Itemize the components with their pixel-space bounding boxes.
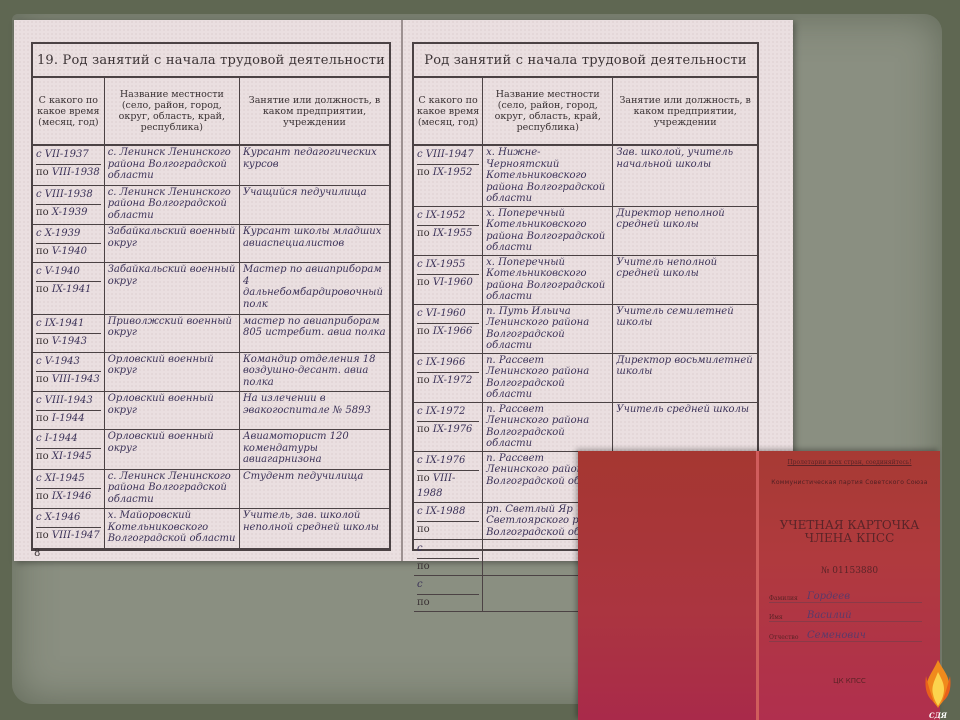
period-cell: c IX-1966 по IX-1972 <box>414 353 483 402</box>
place-cell: Приволжский военный округ <box>104 314 239 352</box>
period-to-wrap: по V-1940 <box>36 246 87 257</box>
period-to-wrap: по <box>417 561 430 572</box>
job-cell: Учитель неполной средней школы <box>613 255 757 304</box>
period-cell: c V-1940 по IX-1941 <box>33 263 104 315</box>
period-to-wrap: по IX-1946 <box>36 491 91 502</box>
period-from: c IX-1972 <box>417 404 479 422</box>
period-to: VIII-1938 <box>52 167 100 178</box>
period-to: IX-1941 <box>52 284 92 295</box>
period-from: c IX-1988 <box>417 504 479 522</box>
period-to-wrap: по IX-1952 <box>417 167 472 178</box>
period-from: c <box>417 577 479 595</box>
place-cell: х. Поперечный Котельниковского района Во… <box>483 206 613 255</box>
job-cell: Курсант школы младших авиаспециалистов <box>239 225 389 263</box>
party-membership-card: Пролетарии всех стран, соединяйтесь! Ком… <box>578 451 940 720</box>
period-to-wrap: по V-1943 <box>36 336 87 347</box>
place-cell: п. Рассвет Ленинского района Волгоградск… <box>483 402 613 451</box>
card-title: УЧЕТНАЯ КАРТОЧКА ЧЛЕНА КПСС <box>759 519 940 545</box>
period-from: c I-1944 <box>36 431 101 449</box>
table-row: c V-1943 по VIII-1943 Орловский военный … <box>33 352 389 392</box>
place-cell: Орловский военный округ <box>104 352 239 392</box>
period-from: c IX-1966 <box>417 355 479 373</box>
period-to-label: по <box>36 491 52 502</box>
place-cell: х. Нижне-Черноятский Котельниковского ра… <box>483 145 613 206</box>
left-page: 19. Род занятий с начала трудовой деятел… <box>14 20 403 561</box>
period-to-wrap: по VIII-1988 <box>417 473 455 499</box>
period-to-label: по <box>36 167 52 178</box>
employment-table-left: 19. Род занятий с начала трудовой деятел… <box>31 42 391 551</box>
period-to: IX-1966 <box>433 326 473 337</box>
job-cell: Авиамоторист 120 комендатуры авиагарнизо… <box>239 430 389 470</box>
table-title: Род занятий с начала трудовой деятельнос… <box>414 44 757 77</box>
period-to: VI-1960 <box>433 277 473 288</box>
column-header-place: Название местности (село, район, город, … <box>104 77 239 145</box>
period-to-label: по <box>417 167 433 178</box>
period-to-label: по <box>417 561 430 572</box>
period-to-wrap: по VIII-1947 <box>36 530 100 541</box>
period-cell: c VIII-1938 по X-1939 <box>33 185 104 225</box>
table-row: c VII-1937 по VIII-1938 с. Ленинск Ленин… <box>33 145 389 185</box>
card-field-patronymic: Отчество Семенович <box>769 627 922 642</box>
field-label: Отчество <box>769 634 807 641</box>
job-cell: Зав. школой, учитель начальной школы <box>613 145 757 206</box>
period-cell: c VI-1960 по IX-1966 <box>414 304 483 353</box>
period-to: V-1940 <box>52 246 87 257</box>
period-to-label: по <box>36 530 52 541</box>
period-cell: c по <box>414 540 483 576</box>
place-cell: с. Ленинск Ленинского района Волгоградск… <box>104 469 239 509</box>
table-row: c X-1946 по VIII-1947 х. Майоровский Кот… <box>33 509 389 549</box>
period-to-label: по <box>36 284 52 295</box>
period-to: X-1939 <box>52 207 88 218</box>
period-cell: c VIII-1947 по IX-1952 <box>414 145 483 206</box>
period-from: c X-1939 <box>36 226 101 244</box>
table-row: c IX-1955 по VI-1960 х. Поперечный Котел… <box>414 255 757 304</box>
period-cell: c X-1946 по VIII-1947 <box>33 509 104 549</box>
column-header-job: Занятие или должность, в каком предприят… <box>239 77 389 145</box>
place-cell: п. Рассвет Ленинского района Волгоградск… <box>483 353 613 402</box>
period-to: VIII-1947 <box>52 530 100 541</box>
period-to-wrap: по VIII-1938 <box>36 167 100 178</box>
flame-logo: СДЯ <box>918 658 958 720</box>
period-from: c IX-1955 <box>417 257 479 275</box>
job-cell: Курсант педагогических курсов <box>239 145 389 185</box>
column-header-place: Название местности (село, район, город, … <box>483 77 613 145</box>
place-cell: с. Ленинск Ленинского района Волгоградск… <box>104 145 239 185</box>
period-to-wrap: по I-1944 <box>36 413 85 424</box>
place-cell: х. Поперечный Котельниковского района Во… <box>483 255 613 304</box>
period-cell: c по <box>414 576 483 612</box>
period-to-label: по <box>417 277 433 288</box>
period-to-label: по <box>417 228 433 239</box>
page-number: 8 <box>34 548 40 559</box>
table-row: c IX-1952 по IX-1955 х. Поперечный Котел… <box>414 206 757 255</box>
period-to-wrap: по XI-1945 <box>36 451 92 462</box>
period-to: V-1943 <box>52 336 87 347</box>
period-from: c V-1943 <box>36 354 101 372</box>
field-label: Фамилия <box>769 595 807 602</box>
field-value: Семенович <box>807 630 866 641</box>
place-cell: Орловский военный округ <box>104 430 239 470</box>
job-cell: Учащийся педучилища <box>239 185 389 225</box>
period-to-wrap: по IX-1941 <box>36 284 91 295</box>
card-party-name: Коммунистическая партия Советского Союза <box>759 479 940 486</box>
period-to-wrap: по <box>417 597 430 608</box>
period-from: c XI-1945 <box>36 471 101 489</box>
job-cell: Мастер по авиаприборам 4 дальнебомбардир… <box>239 263 389 315</box>
table-row: c X-1939 по V-1940 Забайкальский военный… <box>33 225 389 263</box>
period-to-wrap: по VI-1960 <box>417 277 473 288</box>
period-to: IX-1952 <box>433 167 473 178</box>
period-to-wrap: по IX-1972 <box>417 375 472 386</box>
period-to-label: по <box>36 413 52 424</box>
period-to-wrap: по IX-1976 <box>417 424 472 435</box>
job-cell: Директор восьмилетней школы <box>613 353 757 402</box>
table-row: c VIII-1938 по X-1939 с. Ленинск Ленинск… <box>33 185 389 225</box>
period-to-wrap: по IX-1966 <box>417 326 472 337</box>
field-value: Гордеев <box>807 591 850 602</box>
job-cell: Директор неполной средней школы <box>613 206 757 255</box>
job-cell: Учитель, зав. школой неполной средней шк… <box>239 509 389 549</box>
period-to-wrap: по IX-1955 <box>417 228 472 239</box>
period-from: c X-1946 <box>36 510 101 528</box>
period-cell: c IX-1955 по VI-1960 <box>414 255 483 304</box>
period-cell: c V-1943 по VIII-1943 <box>33 352 104 392</box>
field-value: Василий <box>807 610 852 621</box>
period-from: c IX-1941 <box>36 316 101 334</box>
period-to-label: по <box>36 246 52 257</box>
table-row: c IX-1941 по V-1943 Приволжский военный … <box>33 314 389 352</box>
period-to-label: по <box>36 374 52 385</box>
period-cell: c VII-1937 по VIII-1938 <box>33 145 104 185</box>
place-cell: х. Майоровский Котельниковского Волгогра… <box>104 509 239 549</box>
period-from: c VII-1937 <box>36 147 101 165</box>
table-row: c I-1944 по XI-1945 Орловский военный ок… <box>33 430 389 470</box>
job-cell: На излечении в эвакогоспитале № 5893 <box>239 392 389 430</box>
column-header-period: С какого по какое время (месяц, год) <box>414 77 483 145</box>
table-row: c IX-1972 по IX-1976 п. Рассвет Ленинско… <box>414 402 757 451</box>
period-to-label: по <box>417 326 433 337</box>
period-from: c VIII-1938 <box>36 187 101 205</box>
table-row: c V-1940 по IX-1941 Забайкальский военны… <box>33 263 389 315</box>
place-cell: Орловский военный округ <box>104 392 239 430</box>
period-cell: c X-1939 по V-1940 <box>33 225 104 263</box>
job-cell: Командир отделения 18 воздушно-десант. а… <box>239 352 389 392</box>
period-to-label: по <box>36 336 52 347</box>
period-to-label: по <box>417 597 430 608</box>
period-from: c V-1940 <box>36 264 101 282</box>
table-row: c VIII-1943 по I-1944 Орловский военный … <box>33 392 389 430</box>
period-from: c IX-1976 <box>417 453 479 471</box>
period-cell: c IX-1976 по VIII-1988 <box>414 451 483 502</box>
period-to: VIII-1943 <box>52 374 100 385</box>
period-to: IX-1976 <box>433 424 473 435</box>
period-cell: c VIII-1943 по I-1944 <box>33 392 104 430</box>
period-to-wrap: по VIII-1943 <box>36 374 100 385</box>
job-cell: мастер по авиаприборам 805 истребит. ави… <box>239 314 389 352</box>
job-cell: Учитель средней школы <box>613 402 757 451</box>
period-cell: c I-1944 по XI-1945 <box>33 430 104 470</box>
period-cell: c XI-1945 по IX-1946 <box>33 469 104 509</box>
table-row: c IX-1966 по IX-1972 п. Рассвет Ленинско… <box>414 353 757 402</box>
period-cell: c IX-1941 по V-1943 <box>33 314 104 352</box>
card-slogan: Пролетарии всех стран, соединяйтесь! <box>759 459 940 466</box>
card-field-name: Имя Василий <box>769 607 922 622</box>
table-title: 19. Род занятий с начала трудовой деятел… <box>33 44 389 77</box>
period-cell: c IX-1988 по <box>414 502 483 540</box>
card-number: № 01153880 <box>759 566 940 576</box>
period-to-label: по <box>417 473 433 484</box>
table-row: c VI-1960 по IX-1966 п. Путь Ильича Лени… <box>414 304 757 353</box>
job-cell: Учитель семилетней школы <box>613 304 757 353</box>
period-to-wrap: по X-1939 <box>36 207 87 218</box>
period-from: c VIII-1947 <box>417 147 479 165</box>
period-to-label: по <box>417 524 430 535</box>
card-title-line2: ЧЛЕНА КПСС <box>759 532 940 545</box>
logo-text: СДЯ <box>918 711 958 720</box>
period-to-label: по <box>36 207 52 218</box>
period-from: c VI-1960 <box>417 306 479 324</box>
column-header-job: Занятие или должность, в каком предприят… <box>613 77 757 145</box>
period-to: XI-1945 <box>52 451 92 462</box>
period-to-label: по <box>36 451 52 462</box>
period-to-label: по <box>417 424 433 435</box>
place-cell: Забайкальский военный округ <box>104 225 239 263</box>
column-header-period: С какого по какое время (месяц, год) <box>33 77 104 145</box>
job-cell: Студент педучилища <box>239 469 389 509</box>
period-to: IX-1972 <box>433 375 473 386</box>
period-to: I-1944 <box>52 413 85 424</box>
card-issuer: ЦК КПСС <box>759 677 940 685</box>
place-cell: п. Путь Ильича Ленинского района Волгогр… <box>483 304 613 353</box>
period-to: IX-1946 <box>52 491 92 502</box>
period-to: IX-1955 <box>433 228 473 239</box>
card-back-cover <box>578 451 756 720</box>
table-row: c VIII-1947 по IX-1952 х. Нижне-Черноятс… <box>414 145 757 206</box>
period-from: c IX-1952 <box>417 208 479 226</box>
card-field-surname: Фамилия Гордеев <box>769 588 922 603</box>
place-cell: Забайкальский военный округ <box>104 263 239 315</box>
period-cell: c IX-1952 по IX-1955 <box>414 206 483 255</box>
card-front-cover: Пролетарии всех стран, соединяйтесь! Ком… <box>759 451 940 720</box>
place-cell: с. Ленинск Ленинского района Волгоградск… <box>104 185 239 225</box>
field-label: Имя <box>769 614 807 621</box>
period-from: c <box>417 541 479 559</box>
flame-icon <box>918 658 958 710</box>
period-cell: c IX-1972 по IX-1976 <box>414 402 483 451</box>
period-from: c VIII-1943 <box>36 393 101 411</box>
period-to-label: по <box>417 375 433 386</box>
table-row: c XI-1945 по IX-1946 с. Ленинск Ленинско… <box>33 469 389 509</box>
period-to-wrap: по <box>417 524 430 535</box>
